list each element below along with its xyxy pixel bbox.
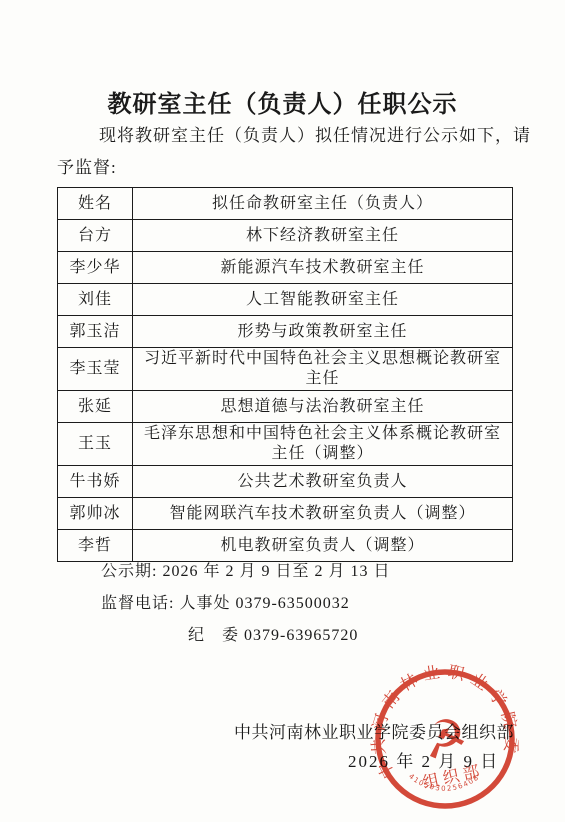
name-cell: 李哲	[58, 530, 133, 562]
header-position-cell: 拟任命教研室主任（负责人）	[133, 188, 513, 220]
name-cell: 台方	[58, 220, 133, 252]
supervision-phone-value-1: 人事处 0379-63500032	[179, 595, 349, 612]
table-row: 李哲 机电教研室负责人（调整）	[58, 530, 513, 562]
document-page: 教研室主任（负责人）任职公示 现将教研室主任（负责人）拟任情况进行公示如下，请 …	[0, 0, 565, 822]
table-row: 李少华 新能源汽车技术教研室主任	[58, 252, 513, 284]
name-cell: 王玉	[58, 423, 133, 466]
name-cell: 牛书娇	[58, 466, 133, 498]
name-cell: 李玉莹	[58, 348, 133, 391]
table-row: 王玉 毛泽东思想和中国特色社会主义体系概论教研室主任（调整）	[58, 423, 513, 466]
position-cell: 机电教研室负责人（调整）	[133, 530, 513, 562]
position-cell: 习近平新时代中国特色社会主义思想概论教研室主任	[133, 348, 513, 391]
issue-date: 2026 年 2 月 9 日	[348, 747, 499, 772]
table-body: 姓名 拟任命教研室主任（负责人） 台方 林下经济教研室主任 李少华 新能源汽车技…	[58, 188, 513, 562]
table-row: 郭玉洁 形势与政策教研室主任	[58, 316, 513, 348]
position-cell: 智能网联汽车技术教研室负责人（调整）	[133, 498, 513, 530]
supervision-phone-label: 监督电话:	[101, 595, 174, 612]
name-cell: 刘佳	[58, 284, 133, 316]
intro-paragraph: 现将教研室主任（负责人）拟任情况进行公示如下，请 予监督:	[57, 120, 513, 184]
table-row: 刘佳 人工智能教研室主任	[58, 284, 513, 316]
name-cell: 郭帅冰	[58, 498, 133, 530]
name-cell: 郭玉洁	[58, 316, 133, 348]
table-row: 张延 思想道德与法治教研室主任	[58, 391, 513, 423]
page-title: 教研室主任（负责人）任职公示	[0, 84, 565, 119]
table-header-row: 姓名 拟任命教研室主任（负责人）	[58, 188, 513, 220]
position-cell: 公共艺术教研室负责人	[133, 466, 513, 498]
table-row: 台方 林下经济教研室主任	[58, 220, 513, 252]
intro-line-2: 予监督:	[57, 152, 513, 184]
position-cell: 林下经济教研室主任	[133, 220, 513, 252]
publicity-period: 公示期: 2026 年 2 月 9 日至 2 月 13 日	[101, 558, 390, 581]
name-cell: 李少华	[58, 252, 133, 284]
name-cell: 张延	[58, 391, 133, 423]
position-cell: 新能源汽车技术教研室主任	[133, 252, 513, 284]
table-row: 牛书娇 公共艺术教研室负责人	[58, 466, 513, 498]
position-cell: 思想道德与法治教研室主任	[133, 391, 513, 423]
position-cell: 毛泽东思想和中国特色社会主义体系概论教研室主任（调整）	[133, 423, 513, 466]
table-row: 郭帅冰 智能网联汽车技术教研室负责人（调整）	[58, 498, 513, 530]
position-cell: 人工智能教研室主任	[133, 284, 513, 316]
position-cell: 形势与政策教研室主任	[133, 316, 513, 348]
table-row: 李玉莹 习近平新时代中国特色社会主义思想概论教研室主任	[58, 348, 513, 391]
header-name-cell: 姓名	[58, 188, 133, 220]
intro-line-1: 现将教研室主任（负责人）拟任情况进行公示如下，请	[57, 120, 513, 152]
supervision-phone-line-1: 监督电话: 人事处 0379-63500032	[101, 590, 350, 613]
supervision-phone-line-2: 纪 委 0379-63965720	[188, 622, 358, 645]
issuer-name: 中共河南林业职业学院委员会组织部	[234, 718, 514, 743]
appointment-table: 姓名 拟任命教研室主任（负责人） 台方 林下经济教研室主任 李少华 新能源汽车技…	[57, 187, 513, 562]
